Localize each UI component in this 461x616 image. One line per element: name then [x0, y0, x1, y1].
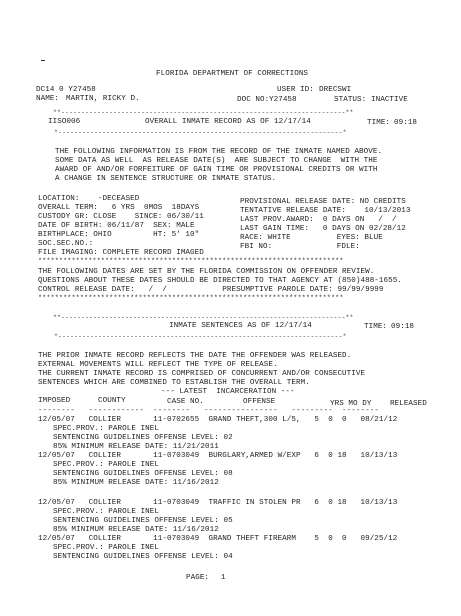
stray-mark	[41, 60, 45, 61]
doc-no: Y27458	[269, 96, 297, 105]
row-detail: 85% MINIMUM RELEASE DATE: 11/16/2012	[53, 479, 219, 488]
record-header-border-bottom: *---------------------------------------…	[54, 128, 347, 137]
page-label: PAGE:	[186, 574, 209, 583]
race-eyes: RACE: WHITE EYES: BLUE	[240, 234, 383, 243]
disclaimer-line: SOME DATA AS WELL AS RELEASE DATE(S) ARE…	[55, 157, 378, 166]
status-value: INACTIVE	[371, 96, 408, 105]
commission-line: THE FOLLOWING DATES ARE SET BY THE FLORI…	[38, 268, 374, 277]
name-label: NAME:	[36, 95, 59, 104]
table-row: 12/05/07 COLLIER 11-0703049 TRAFFIC IN S…	[38, 499, 397, 508]
sentence-note: EXTERNAL MOVEMENTS WILL REFLECT THE TYPE…	[38, 361, 278, 370]
birthplace-height: BIRTHPLACE: OHIO HT: 5' 10"	[38, 231, 199, 240]
row-detail: SPEC.PROV.: PAROLE INEL	[53, 544, 159, 553]
page-number: 1	[221, 574, 226, 583]
record-time: 09:18	[394, 119, 417, 128]
sentences-header-border-bottom: *---------------------------------------…	[54, 332, 347, 341]
provisional-release: PROVISIONAL RELEASE DATE: NO CREDITS	[240, 198, 406, 207]
table-row: 12/05/07 COLLIER 11-0703049 GRAND THEFT …	[38, 535, 397, 544]
record-title: OVERALL INMATE RECORD AS OF 12/17/14	[145, 118, 311, 127]
file-imaging: FILE IMAGING: COMPLETE RECORD IMAGED	[38, 249, 204, 258]
table-header-underline: -------- ------------ -------- ---------…	[38, 407, 379, 416]
row-detail: SPEC.PROV.: PAROLE INEL	[53, 508, 159, 517]
disclaimer-line: THE FOLLOWING INFORMATION IS FROM THE RE…	[55, 148, 382, 157]
screen-code: DC14 0 Y27458	[36, 86, 96, 95]
user-id: DRECSWI	[319, 86, 351, 95]
star-divider: ****************************************…	[38, 258, 344, 267]
row-detail: SENTENCING GUIDELINES OFFENSE LEVEL: 02	[53, 434, 233, 443]
row-detail: SPEC.PROV.: PAROLE INEL	[53, 425, 159, 434]
doc-no-label: DOC NO:	[237, 96, 269, 105]
user-id-label: USER ID:	[277, 86, 314, 95]
sentences-time: 09:18	[391, 323, 414, 332]
dob-sex: DATE OF BIRTH: 06/11/87 SEX: MALE	[38, 222, 195, 231]
sentence-note: SENTENCES WHICH ARE COMBINED TO ESTABLIS…	[38, 379, 310, 388]
record-header-border-top: **--------------------------------------…	[53, 108, 354, 117]
sentences-title: INMATE SENTENCES AS OF 12/17/14	[169, 322, 312, 331]
row-detail: 85% MINIMUM RELEASE DATE: 11/21/2011	[53, 443, 219, 452]
row-detail: 85% MINIMUM RELEASE DATE: 11/16/2012	[53, 526, 219, 535]
fbi-fdle: FBI NO: FDLE:	[240, 243, 360, 252]
col-released: RELEASED	[390, 400, 427, 409]
col-offense: OFFENSE	[243, 398, 275, 407]
row-detail: SENTENCING GUIDELINES OFFENSE LEVEL: 08	[53, 470, 233, 479]
table-row: 12/05/07 COLLIER 11-0702655 GRAND THEFT,…	[38, 416, 397, 425]
disclaimer-line: A CHANGE IN SENTENCE STRUCTURE OR INMATE…	[55, 175, 276, 184]
commission-line: QUESTIONS ABOUT THESE DATES SHOULD BE DI…	[38, 277, 402, 286]
sentences-time-label: TIME:	[364, 323, 387, 332]
last-gain-time: LAST GAIN TIME: 0 DAYS ON 02/28/12	[240, 225, 406, 234]
col-case-no: CASE NO.	[167, 398, 204, 407]
program-id: IISO006	[48, 118, 80, 127]
record-time-label: TIME:	[367, 119, 390, 128]
row-detail: SENTENCING GUIDELINES OFFENSE LEVEL: 05	[53, 517, 233, 526]
row-detail: SENTENCING GUIDELINES OFFENSE LEVEL: 04	[53, 553, 233, 562]
sentence-note: THE PRIOR INMATE RECORD REFLECTS THE DAT…	[38, 352, 351, 361]
overall-term: OVERALL TERM: 6 YRS 0MOS 18DAYS	[38, 204, 199, 213]
last-prov-award: LAST PROV.AWARD: 0 DAYS ON / /	[240, 216, 397, 225]
col-county: COUNTY	[98, 397, 126, 406]
sentences-header-border-top: **--------------------------------------…	[53, 313, 354, 322]
table-row: 12/05/07 COLLIER 11-0703049 BURGLARY,ARM…	[38, 452, 397, 461]
tentative-release: TENTATIVE RELEASE DATE: 10/13/2013	[240, 207, 410, 216]
control-release-line: CONTROL RELEASE DATE: / / PRESUMPTIVE PA…	[38, 286, 384, 295]
agency-title: FLORIDA DEPARTMENT OF CORRECTIONS	[156, 70, 308, 79]
status-label: STATUS:	[334, 96, 366, 105]
custody-grade: CUSTODY GR: CLOSE SINCE: 06/30/11	[38, 213, 204, 222]
row-detail: SPEC.PROV.: PAROLE INEL	[53, 461, 159, 470]
col-imposed: IMPOSED	[38, 397, 70, 406]
location: LOCATION: -DECEASED	[38, 195, 139, 204]
sentence-note: THE CURRENT INMATE RECORD IS COMPRISED O…	[38, 370, 365, 379]
inmate-name: MARTIN, RICKY D.	[66, 95, 140, 104]
disclaimer-line: AWARD OF AND/OR FORFEITURE OF GAIN TIME …	[55, 166, 378, 175]
ssn: SOC.SEC.NO.:	[38, 240, 93, 249]
table-group-title: --- LATEST INCARCERATION ---	[161, 388, 295, 397]
star-divider: ****************************************…	[38, 295, 344, 304]
